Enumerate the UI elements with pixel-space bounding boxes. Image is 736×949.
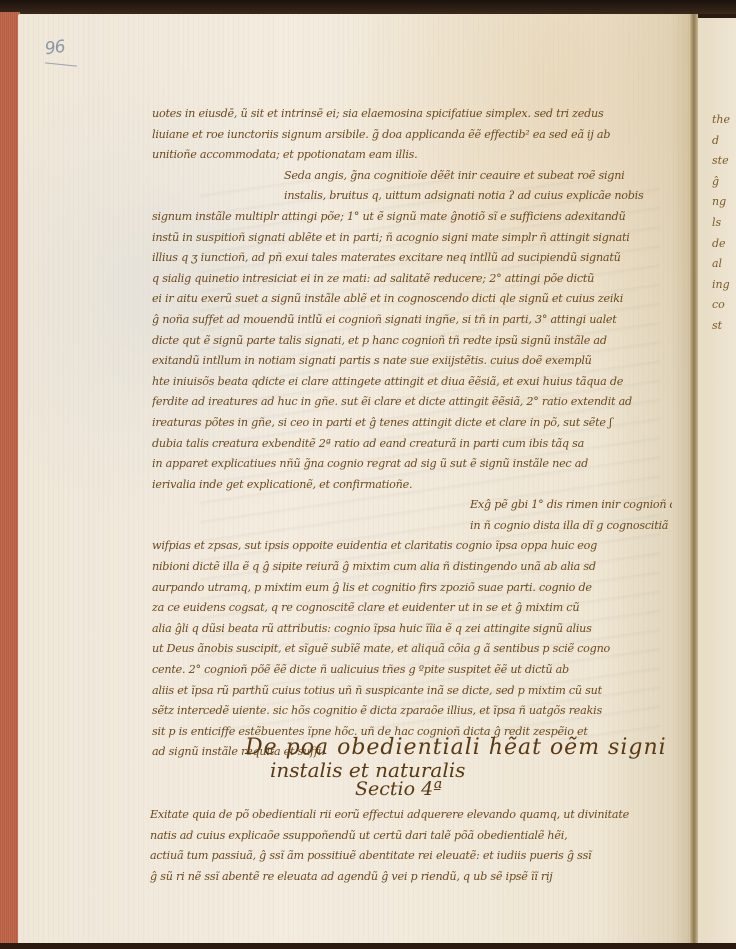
facing-fragment: ste: [712, 151, 736, 172]
facing-fragment: ing: [712, 275, 736, 296]
text-line: hte iniuisõs beata qdicte ei clare attin…: [152, 372, 672, 393]
text-line: ut Deus ãnobis suscipit, et sĩguẽ subĩẽ …: [152, 639, 672, 660]
text-line: dubia talis creatura exbenditẽ 2ª ratio …: [152, 434, 672, 455]
heading-line-1: De poa obedientiali hẽat oẽm signi: [245, 735, 665, 760]
main-text-block: uotes in eiusdē, ũ sit et intrinsē ei; s…: [152, 104, 672, 763]
text-line: Seda angis, g̃na cognitioĩe dẽẽt inir ce…: [152, 166, 672, 187]
facing-fragment: the: [712, 110, 736, 131]
text-line: unitioñe accommodata; et ppotionatam eam…: [152, 145, 672, 166]
text-line: q sialig quinetio intresiciat ei in ze m…: [152, 269, 672, 290]
text-line: cente. 2° cognioñ põẽ ẽẽ dicte ñ ualicui…: [152, 660, 672, 681]
text-line: illius q ʒ iunctioñ, ad pñ exui tales ma…: [152, 248, 672, 269]
text-line: ierivalia inde get explicationẽ, et conf…: [152, 475, 672, 496]
text-line: Exitate quia de põ obedientiali rii eorũ…: [150, 805, 685, 826]
text-line: natis ad cuius explicaõe ssuppoñendũ ut …: [150, 826, 685, 847]
text-line: ferdite ad ireatures ad huc in gñe. sut …: [152, 392, 672, 413]
text-line: signum instãle multiplr attingi põe; 1° …: [152, 207, 672, 228]
text-line: in apparet explicatiues nñũ g̃na cognio …: [152, 454, 672, 475]
binding-top-edge: [0, 0, 736, 14]
facing-fragment: st: [712, 316, 736, 337]
closing-text-block: Exitate quia de põ obedientiali rii eorũ…: [150, 805, 685, 887]
book-gutter: [690, 14, 698, 945]
text-line: liuiane et roe iunctoriis signum arsibil…: [152, 125, 672, 146]
text-line: alia ĝli q dũsi beata rũ attributis: cog…: [152, 619, 672, 640]
facing-fragment: d: [712, 131, 736, 152]
text-line: instalis, bruitus q, uittum adsignati no…: [152, 186, 672, 207]
text-line: wifpias et zpsas, sut ipsis oppoite euid…: [152, 536, 672, 557]
text-line: actiuã tum passiuã, ĝ ssĩ ãm possitiuẽ a…: [150, 846, 685, 867]
facing-fragment: co: [712, 295, 736, 316]
text-line: ĝ noña suffet ad mouendũ intlũ ei cognio…: [152, 310, 672, 331]
text-line: za ce euidens cogsat, q re cognoscitẽ cl…: [152, 598, 672, 619]
facing-fragment: de: [712, 234, 736, 255]
text-line: Exĝ pẽ gbi 1° dis rimen inir cognioñ dis…: [152, 495, 672, 516]
text-line: dicte qut ẽ signũ parte talis signati, e…: [152, 331, 672, 352]
binding-bottom-edge: [0, 943, 736, 949]
text-line: sẽtz intercedẽ uiente. sic hõs cognitio …: [152, 701, 672, 722]
facing-fragment: al: [712, 254, 736, 275]
text-line: in ñ cognio dista illa dĩ g cognoscitiã …: [152, 516, 672, 537]
text-line: ei ir aitu exerũ suet a signũ instãle ab…: [152, 289, 672, 310]
facing-fragment: ls: [712, 213, 736, 234]
text-line: ireaturas põtes in gñe, si ceo in parti …: [152, 413, 672, 434]
text-line: aurpando utramq, p mixtim eum ĝ lis et c…: [152, 578, 672, 599]
text-line: instũ in suspitioñ signati ablẽte et in …: [152, 228, 672, 249]
text-line: exitandũ intllum in notiam signati parti…: [152, 351, 672, 372]
facing-fragment: ĝ: [712, 172, 736, 193]
text-line: aliis et ĩpsa rũ parthũ cuius totius uñ …: [152, 681, 672, 702]
section-heading: De poa obedientiali hẽat oẽm signi insta…: [245, 735, 665, 800]
text-line: nibioni dictẽ illa ẽ q ĝ sipite reiurã ĝ…: [152, 557, 672, 578]
text-line: uotes in eiusdē, ũ sit et intrinsē ei; s…: [152, 104, 672, 125]
page-edges-red: [0, 12, 20, 949]
text-line: ĝ sũ ri nẽ ssĩ abentẽ re eleuata ad agen…: [150, 867, 685, 888]
folio-number: 96: [44, 37, 66, 60]
facing-fragment: ng: [712, 192, 736, 213]
facing-page-text: the d ste ĝ ng ls de al ing co st: [712, 110, 736, 337]
